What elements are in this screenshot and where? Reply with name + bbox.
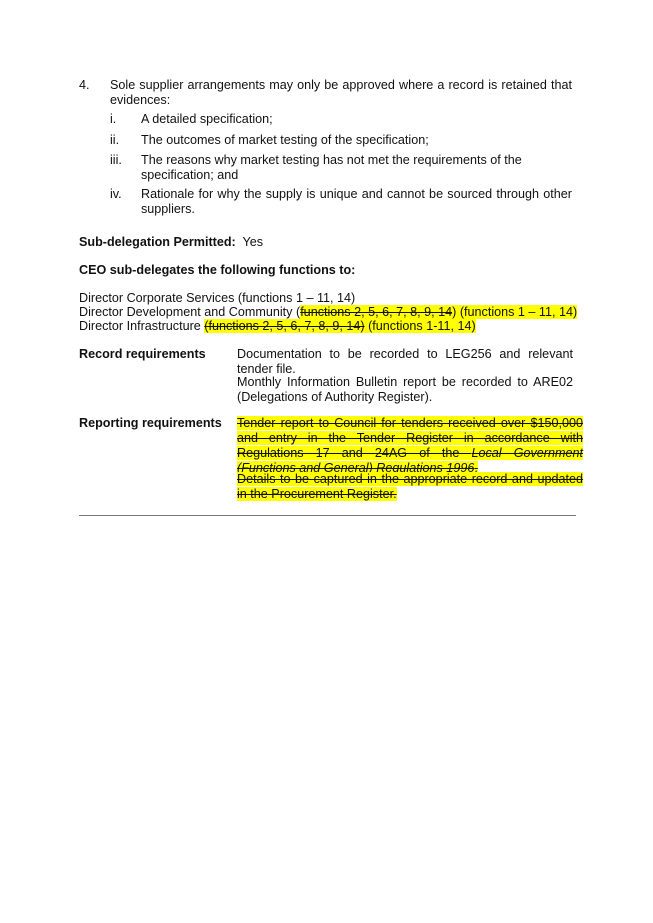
record-requirements-label: Record requirements	[79, 347, 206, 362]
subitem-text: Rationale for why the supply is unique a…	[141, 187, 572, 217]
horizontal-rule	[79, 515, 576, 516]
subitem-text: The reasons why market testing has not m…	[141, 153, 577, 183]
reporting-requirements-para: Tender report to Council for tenders rec…	[237, 416, 583, 476]
director-name: Director Infrastructure	[79, 319, 204, 333]
director-name: Director Corporate Services	[79, 291, 238, 305]
record-requirements-para: Monthly Information Bulletin report be r…	[237, 375, 573, 405]
reporting-requirements-label: Reporting requirements	[79, 416, 222, 431]
director-functions: (functions 1 – 11, 14)	[238, 291, 355, 305]
reporting-requirements-para: Details to be captured in the appropriat…	[237, 472, 583, 502]
subdelegation-value: Yes	[243, 235, 264, 249]
subitem-marker: ii.	[110, 133, 119, 148]
deleted-functions: functions 2, 5, 6, 7, 8, 9, 14	[300, 305, 452, 319]
subitem-text: A detailed specification;	[141, 112, 572, 127]
item-text: Sole supplier arrangements may only be a…	[110, 78, 572, 108]
subitem-marker: iii.	[110, 153, 122, 168]
director-name: Director Development and Community	[79, 305, 296, 319]
item-number: 4.	[79, 78, 90, 93]
subitem-marker: i.	[110, 112, 116, 127]
deleted-functions: (functions 2, 5, 6, 7, 8, 9, 14)	[204, 319, 364, 333]
deleted-text: Details to be captured in the appropriat…	[237, 472, 583, 501]
director-line: Director Infrastructure (functions 2, 5,…	[79, 319, 476, 334]
inserted-functions: (functions 1 – 11, 14)	[456, 305, 577, 319]
ceo-heading: CEO sub-delegates the following function…	[79, 263, 355, 278]
director-line: Director Corporate Services (functions 1…	[79, 291, 355, 306]
inserted-functions: (functions 1-11, 14)	[365, 319, 476, 333]
document-page: 4. Sole supplier arrangements may only b…	[0, 0, 653, 923]
record-requirements-para: Documentation to be recorded to LEG256 a…	[237, 347, 573, 377]
subdelegation-label: Sub-delegation Permitted:	[79, 235, 236, 249]
subdelegation-line: Sub-delegation Permitted: Yes	[79, 235, 263, 250]
subitem-text: The outcomes of market testing of the sp…	[141, 133, 572, 148]
subitem-marker: iv.	[110, 187, 122, 202]
director-line: Director Development and Community (func…	[79, 305, 577, 320]
